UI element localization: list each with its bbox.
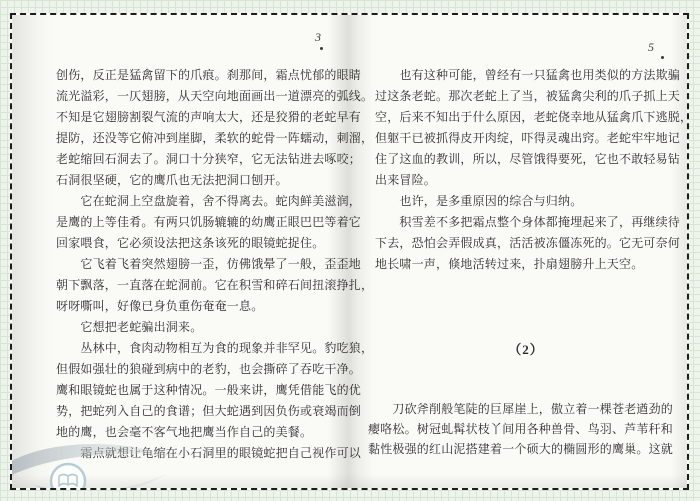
text-line: 地长啸一声，倏地活转过来，扑扇翅膀升上天空。: [375, 254, 683, 275]
text-line: 也许，是多重原因的综合与归纳。: [375, 191, 683, 212]
text-line: 黏性极强的红山泥搭建着一个硕大的椭圆形的鹰巢。这就: [368, 439, 676, 459]
left-page-curl-shadow: [12, 15, 54, 488]
text-line: 它在蛇洞上空盘旋着，舍不得离去。蛇肉鲜美滋润，: [56, 191, 366, 212]
right-page-number: 5: [648, 40, 654, 55]
text-line: 瘿咯松。树冠虬髯状枝丫间用各种兽骨、鸟羽、芦苇秆和: [368, 419, 676, 439]
eye-book-watermark-icon: [10, 433, 182, 490]
text-line: 它飞着飞着突然翅膀一歪，仿佛饿晕了一般，歪歪地: [56, 254, 366, 275]
left-page-text-column: 创伤，反正是猛禽留下的爪痕。刹那间，霜点忧郁的眼睛流光溢彩，一仄翅膀，从天空向地…: [56, 65, 366, 464]
text-line: 出来冒险。: [375, 170, 683, 191]
upper-eyelid-swoosh: [10, 444, 178, 477]
text-line: 回家喂食，它必须设法把这条该死的眼镜蛇捉住。: [56, 233, 366, 254]
text-line: 提防，还没等它俯冲到崖脚，柔软的蛇骨一阵蠕动，刺溜，: [56, 128, 366, 149]
right-page-text-column-bottom: 刀砍斧削般笔陡的巨犀崖上，傲立着一棵苍老遒劲的瘿咯松。树冠虬髯状枝丫间用各种兽骨…: [368, 399, 676, 459]
book-scan: 3 5 创伤，反正是猛禽留下的爪痕。刹那间，霜点忧郁的眼睛流光溢彩，一仄翅膀，从…: [10, 13, 689, 490]
ink-speck: [661, 56, 664, 59]
text-line: 下去，恐怕会弄假成真，活活被冻僵冻死的。它无可奈何: [375, 233, 683, 254]
text-line: 鹰和眼镜蛇也属于这种情况。一般来讲，鹰凭借能飞的优: [56, 380, 366, 401]
text-line: 积雪差不多把霜点整个身体都掩埋起来了，再继续待: [375, 212, 683, 233]
text-line: 是鹰的上等佳肴。有两只饥肠辘辘的幼鹰正眼巴巴等着它: [56, 212, 366, 233]
text-line: 它想把老蛇骗出洞来。: [56, 317, 366, 338]
text-line: 老蛇缩回石洞去了。洞口十分狭窄，它无法钻进去啄咬；: [56, 149, 366, 170]
left-page-number: 3: [315, 30, 321, 45]
section-heading: （2）: [375, 339, 677, 358]
text-line: 朝下飘落，一直落在蛇洞前。它在积雪和碎石间扭滚挣扎，: [56, 275, 366, 296]
text-line: 但躯干已被抓得皮开肉绽，吓得灵魂出窍。老蛇牢牢地记: [375, 128, 683, 149]
right-page-text-column-top: 也有这种可能，曾经有一只猛禽也用类似的方法欺骗过这条老蛇。那次老蛇上了当，被猛禽…: [375, 65, 683, 275]
text-line: 过这条老蛇。那次老蛇上了当，被猛禽尖利的爪子抓上天: [375, 86, 683, 107]
text-line: 不知是它翅膀割裂气流的声响太大，还是狡猾的老蛇早有: [56, 107, 366, 128]
text-line: 石洞很坚硬，它的鹰爪也无法把洞口刨开。: [56, 170, 366, 191]
text-line: 势，把蛇列入自己的食谱；但大蛇遇到因负伤或衰竭而倒: [56, 401, 366, 422]
text-line: 也有这种可能，曾经有一只猛禽也用类似的方法欺骗: [375, 65, 683, 86]
text-line: 呀呀嘶叫，好像已身负重伤奄奄一息。: [56, 296, 366, 317]
text-line: 住了这血的教训，所以，尽管饿得要死，它也不敢轻易钻: [375, 149, 683, 170]
text-line: 空，后来不知出于什么原因，老蛇侥幸地从猛禽爪下逃脱，: [375, 107, 683, 128]
text-line: 创伤，反正是猛禽留下的爪痕。刹那间，霜点忧郁的眼睛: [56, 65, 366, 86]
text-line: 流光溢彩，一仄翅膀，从天空向地面画出一道漂亮的弧线。: [56, 86, 366, 107]
text-line: 丛林中，食肉动物相互为食的现象并非罕见。豹吃狼，: [56, 338, 366, 359]
ink-speck: [320, 47, 323, 50]
text-line: 但假如强壮的狼碰到病中的老豹，也会撕碎了吞吃干净。: [56, 359, 366, 380]
text-line: 刀砍斧削般笔陡的巨犀崖上，傲立着一棵苍老遒劲的: [368, 399, 676, 419]
